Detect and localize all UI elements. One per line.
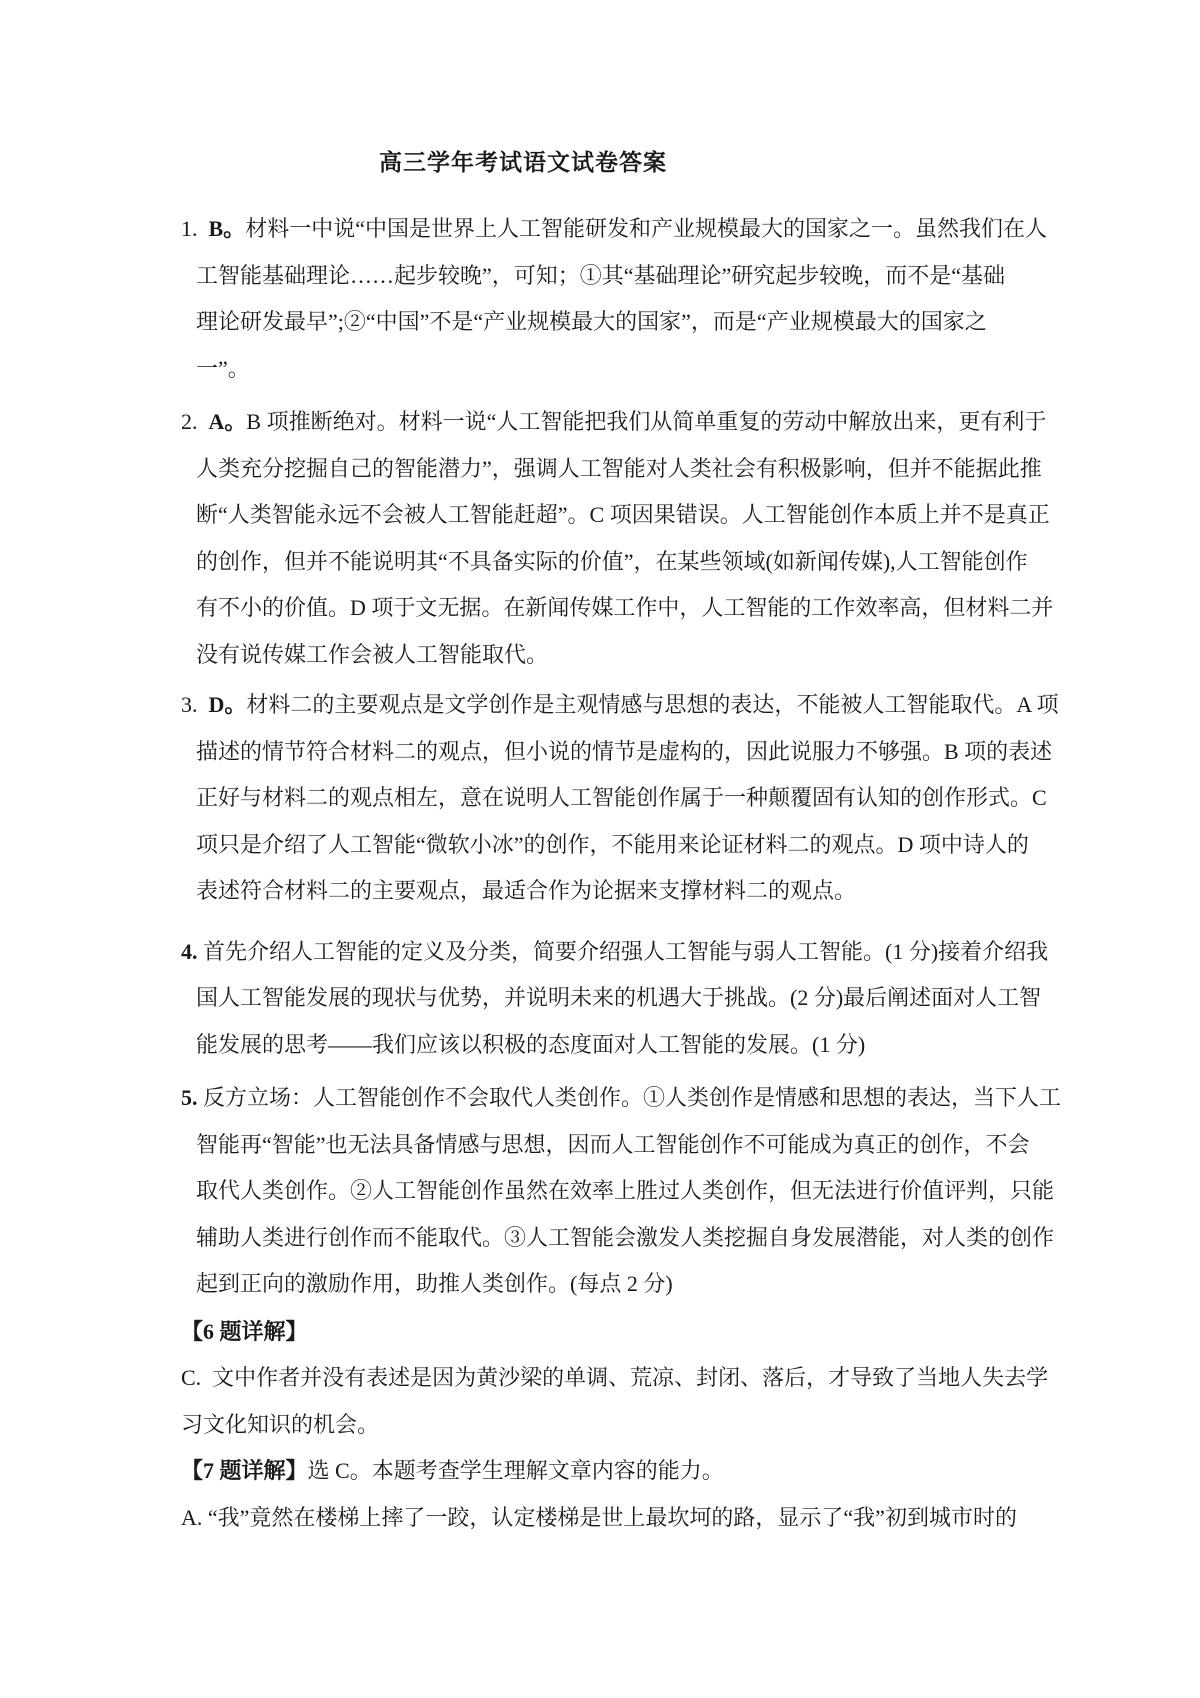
text-line: 国人工智能发展的现状与优势，并说明未来的机遇大于挑战。(2 分)最后阐述面对人工…: [196, 975, 1121, 1022]
text-segment: 4.: [181, 939, 198, 964]
text-line: 没有说传媒工作会被人工智能取代。: [196, 632, 1121, 679]
text-segment: 智能再“智能”也无法具备情感与思想，因而人工智能创作不可能成为真正的创作，不会: [196, 1132, 1030, 1157]
text-line: 1. B。材料一中说“中国是世界上人工智能研发和产业规模最大的国家之一。虽然我们…: [181, 206, 1121, 253]
text-line: 5. 反方立场：人工智能创作不会取代人类创作。①人类创作是情感和思想的表达，当下…: [181, 1075, 1121, 1122]
text-segment: 首先介绍人工智能的定义及分类，简要介绍强人工智能与弱人工智能。(1 分)接着介绍…: [198, 939, 1049, 964]
answer-content: 1. B。材料一中说“中国是世界上人工智能研发和产业规模最大的国家之一。虽然我们…: [181, 206, 1121, 1541]
text-segment: 一”。: [196, 356, 250, 381]
text-line: 辅助人类进行创作而不能取代。③人工智能会激发人类挖掘自身发展潜能，对人类的创作: [196, 1215, 1121, 1262]
paragraph: C. 文中作者并没有表述是因为黄沙梁的单调、荒凉、封闭、落后，才导致了当地人失去…: [181, 1355, 1121, 1448]
text-segment: 能发展的思考——我们应该以积极的态度面对人工智能的发展。(1 分): [196, 1032, 865, 1057]
text-segment: 描述的情节符合材料二的观点，但小说的情节是虚构的，因此说服力不够强。B 项的表述: [196, 739, 1052, 764]
text-line: 起到正向的激励作用，助推人类创作。(每点 2 分): [196, 1261, 1121, 1308]
text-segment: 的创作，但并不能说明其“不具备实际的价值”，在某些领域(如新闻传媒),人工智能创…: [196, 549, 1028, 574]
text-segment: 选 C。本题考查学生理解文章内容的能力。: [308, 1458, 724, 1483]
text-segment: C. 文中作者并没有表述是因为黄沙梁的单调、荒凉、封闭、落后，才导致了当地人失去…: [181, 1365, 1048, 1390]
text-segment: 有不小的价值。D 项于文无据。在新闻传媒工作中，人工智能的工作效率高，但材料二并: [196, 595, 1053, 620]
page-title: 高三学年考试语文试卷答案: [0, 150, 1123, 176]
text-segment: 断“人类智能永远不会被人工智能赶超”。C 项因果错误。人工智能创作本质上并不是真…: [196, 502, 1050, 527]
text-segment: 【6 题详解】: [181, 1319, 308, 1344]
text-segment: 国人工智能发展的现状与优势，并说明未来的机遇大于挑战。(2 分)最后阐述面对人工…: [196, 985, 1041, 1010]
text-line: 工智能基础理论……起步较晚”，可知；①其“基础理论”研究起步较晚，而不是“基础: [196, 253, 1121, 300]
text-line: 理论研发最早”;②“中国”不是“产业规模最大的国家”，而是“产业规模最大的国家之: [196, 299, 1121, 346]
text-line: C. 文中作者并没有表述是因为黄沙梁的单调、荒凉、封闭、落后，才导致了当地人失去…: [181, 1355, 1121, 1402]
text-segment: A. “我”竟然在楼梯上摔了一跤，认定楼梯是世上最坎坷的路，显示了“我”初到城市…: [181, 1505, 1017, 1530]
text-segment: B。: [209, 216, 246, 241]
paragraph: A. “我”竟然在楼梯上摔了一跤，认定楼梯是世上最坎坷的路，显示了“我”初到城市…: [181, 1495, 1121, 1542]
text-segment: 5.: [181, 1085, 198, 1110]
text-segment: 表述符合材料二的主要观点，最适合作为论据来支撑材料二的观点。: [196, 878, 856, 903]
text-line: 人类充分挖掘自己的智能潜力”，强调人工智能对人类社会有积极影响，但并不能据此推: [196, 446, 1121, 493]
text-line: 断“人类智能永远不会被人工智能赶超”。C 项因果错误。人工智能创作本质上并不是真…: [196, 492, 1121, 539]
answer-item: 5. 反方立场：人工智能创作不会取代人类创作。①人类创作是情感和思想的表达，当下…: [181, 1075, 1121, 1308]
text-line: 3. D。材料二的主要观点是文学创作是主观情感与思想的表达，不能被人工智能取代。…: [181, 682, 1121, 729]
text-line: 【6 题详解】: [181, 1309, 1121, 1356]
text-segment: 【7 题详解】: [181, 1458, 308, 1483]
text-line: A. “我”竟然在楼梯上摔了一跤，认定楼梯是世上最坎坷的路，显示了“我”初到城市…: [181, 1495, 1121, 1542]
text-line: 习文化知识的机会。: [181, 1402, 1121, 1449]
text-line: 有不小的价值。D 项于文无据。在新闻传媒工作中，人工智能的工作效率高，但材料二并: [196, 585, 1121, 632]
text-line: 正好与材料二的观点相左，意在说明人工智能创作属于一种颠覆固有认知的创作形式。C: [196, 775, 1121, 822]
answer-item: 1. B。材料一中说“中国是世界上人工智能研发和产业规模最大的国家之一。虽然我们…: [181, 206, 1121, 392]
text-line: 一”。: [196, 346, 1121, 393]
text-segment: 1.: [181, 216, 209, 241]
text-line: 能发展的思考——我们应该以积极的态度面对人工智能的发展。(1 分): [196, 1022, 1121, 1069]
exam-answer-page: 高三学年考试语文试卷答案 1. B。材料一中说“中国是世界上人工智能研发和产业规…: [0, 0, 1200, 1698]
text-segment: 取代人类创作。②人工智能创作虽然在效率上胜过人类创作，但无法进行价值评判，只能: [196, 1178, 1054, 1203]
text-segment: D。: [209, 692, 247, 717]
text-segment: 习文化知识的机会。: [181, 1412, 379, 1437]
answer-item: 4. 首先介绍人工智能的定义及分类，简要介绍强人工智能与弱人工智能。(1 分)接…: [181, 929, 1121, 1069]
text-segment: 理论研发最早”;②“中国”不是“产业规模最大的国家”，而是“产业规模最大的国家之: [196, 309, 987, 334]
text-line: 智能再“智能”也无法具备情感与思想，因而人工智能创作不可能成为真正的创作，不会: [196, 1122, 1121, 1169]
text-segment: 3.: [181, 692, 209, 717]
detail-heading: 【7 题详解】选 C。本题考查学生理解文章内容的能力。: [181, 1448, 1121, 1495]
text-line: 4. 首先介绍人工智能的定义及分类，简要介绍强人工智能与弱人工智能。(1 分)接…: [181, 929, 1121, 976]
detail-heading: 【6 题详解】: [181, 1309, 1121, 1356]
text-segment: 辅助人类进行创作而不能取代。③人工智能会激发人类挖掘自身发展潜能，对人类的创作: [196, 1225, 1054, 1250]
text-segment: 工智能基础理论……起步较晚”，可知；①其“基础理论”研究起步较晚，而不是“基础: [196, 263, 1005, 288]
text-segment: B 项推断绝对。材料一说“人工智能把我们从简单重复的劳动中解放出来，更有利于: [246, 409, 1046, 434]
text-segment: 正好与材料二的观点相左，意在说明人工智能创作属于一种颠覆固有认知的创作形式。C: [196, 785, 1047, 810]
text-segment: 材料二的主要观点是文学创作是主观情感与思想的表达，不能被人工智能取代。A 项: [246, 692, 1058, 717]
text-line: 表述符合材料二的主要观点，最适合作为论据来支撑材料二的观点。: [196, 868, 1121, 915]
text-line: 取代人类创作。②人工智能创作虽然在效率上胜过人类创作，但无法进行价值评判，只能: [196, 1168, 1121, 1215]
text-segment: A。: [209, 409, 247, 434]
text-line: 描述的情节符合材料二的观点，但小说的情节是虚构的，因此说服力不够强。B 项的表述: [196, 729, 1121, 776]
text-segment: 起到正向的激励作用，助推人类创作。(每点 2 分): [196, 1271, 673, 1296]
text-segment: 项只是介绍了人工智能“微软小冰”的创作，不能用来论证材料二的观点。D 项中诗人的: [196, 832, 1029, 857]
text-line: 【7 题详解】选 C。本题考查学生理解文章内容的能力。: [181, 1448, 1121, 1495]
text-segment: 材料一中说“中国是世界上人工智能研发和产业规模最大的国家之一。虽然我们在人: [245, 216, 1047, 241]
text-line: 2. A。B 项推断绝对。材料一说“人工智能把我们从简单重复的劳动中解放出来，更…: [181, 399, 1121, 446]
answer-item: 3. D。材料二的主要观点是文学创作是主观情感与思想的表达，不能被人工智能取代。…: [181, 682, 1121, 915]
text-line: 的创作，但并不能说明其“不具备实际的价值”，在某些领域(如新闻传媒),人工智能创…: [196, 539, 1121, 586]
answer-item: 2. A。B 项推断绝对。材料一说“人工智能把我们从简单重复的劳动中解放出来，更…: [181, 399, 1121, 678]
text-segment: 反方立场：人工智能创作不会取代人类创作。①人类创作是情感和思想的表达，当下人工: [198, 1085, 1062, 1110]
text-line: 项只是介绍了人工智能“微软小冰”的创作，不能用来论证材料二的观点。D 项中诗人的: [196, 822, 1121, 869]
text-segment: 人类充分挖掘自己的智能潜力”，强调人工智能对人类社会有积极影响，但并不能据此推: [196, 456, 1042, 481]
text-segment: 2.: [181, 409, 209, 434]
text-segment: 没有说传媒工作会被人工智能取代。: [196, 642, 548, 667]
